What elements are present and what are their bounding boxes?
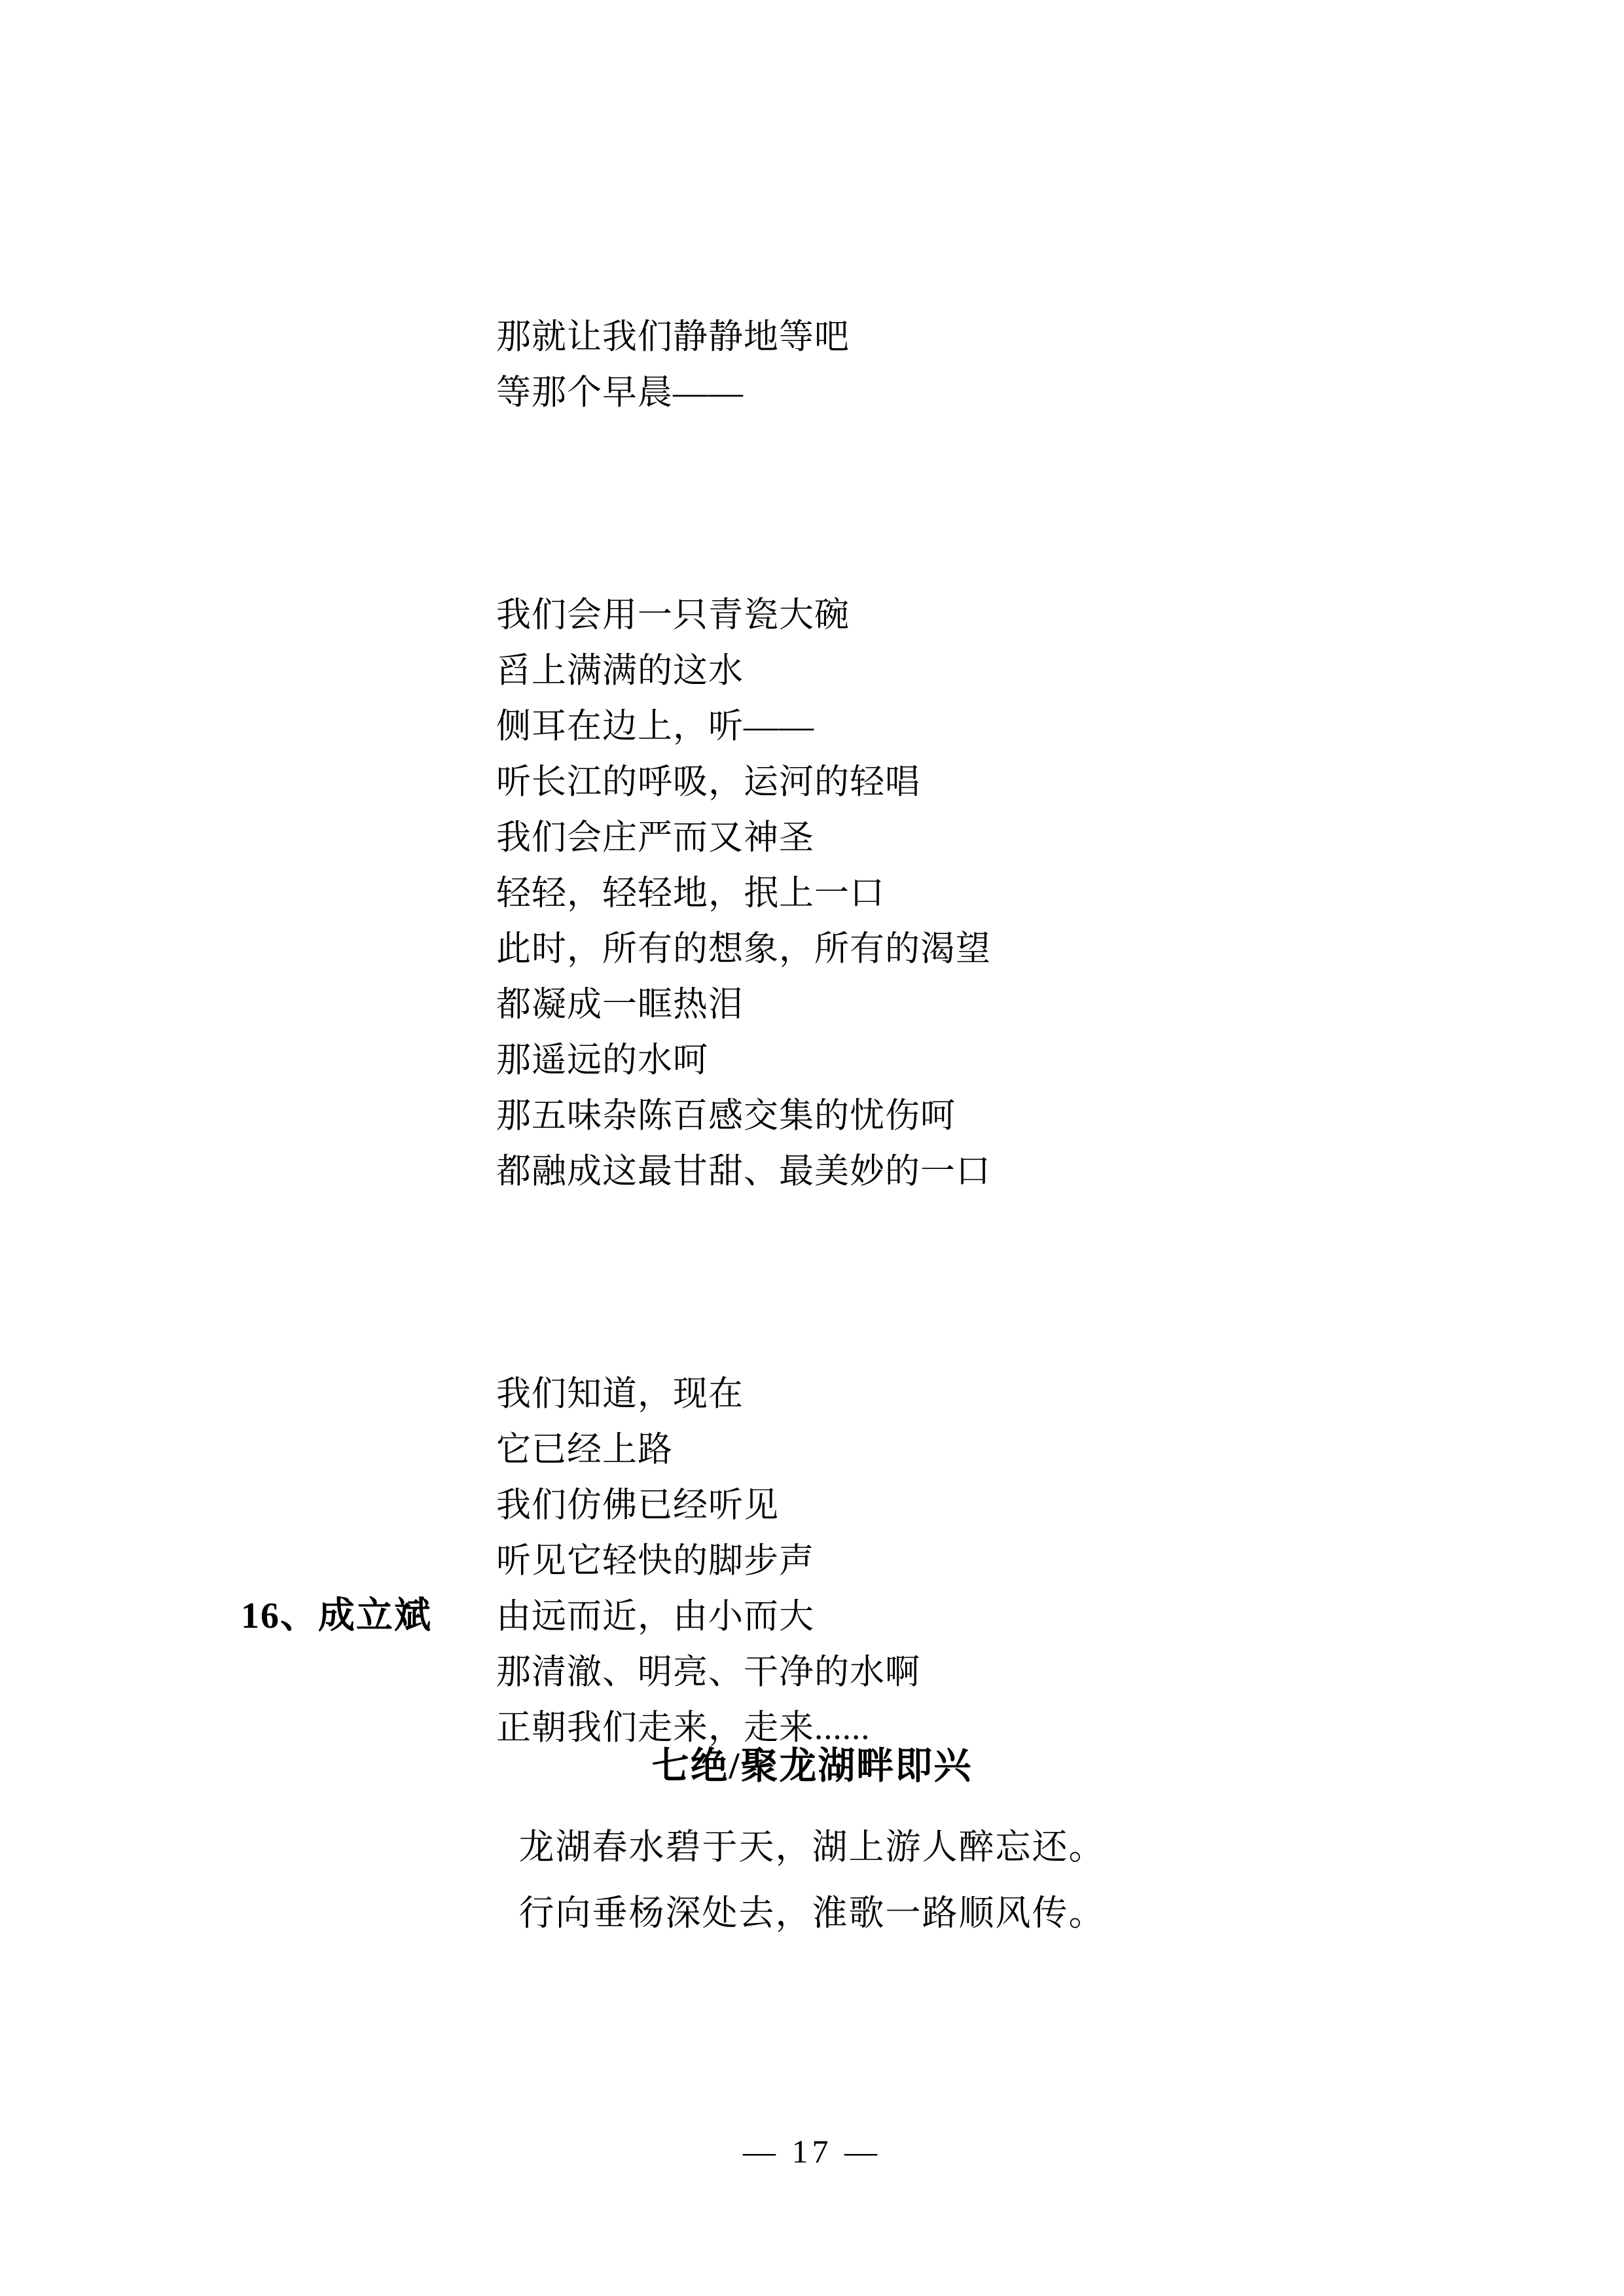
- poem-line: 那遥远的水呵: [496, 1033, 991, 1088]
- poem-line: 等那个早晨——: [496, 365, 991, 421]
- poem-stanza-3: 我们知道，现在它已经上路我们仿佛已经听见听见它轻快的脚步声由远而近，由小而大那清…: [496, 1367, 991, 1756]
- poem-line: 我们知道，现在: [496, 1367, 991, 1422]
- section-heading: 16、成立斌: [241, 1587, 432, 1639]
- poem-line: 侧耳在边上，听——: [496, 699, 991, 755]
- poem-line: 我们仿佛已经听见: [496, 1478, 991, 1534]
- poem-line: 都凝成一眶热泪: [496, 977, 991, 1033]
- poem-line: 那就让我们静静地等吧: [496, 310, 991, 365]
- quatrain-title: 七绝/聚龙湖畔即兴: [0, 1736, 1624, 1789]
- poem-body: 那就让我们静静地等吧等那个早晨—— 我们会用一只青瓷大碗舀上满满的这水侧耳在边上…: [496, 198, 991, 1867]
- poem-line: 它已经上路: [496, 1422, 991, 1478]
- quatrain-body: 龙湖春水碧于天，湖上游人醉忘还。行向垂杨深处去，淮歌一路顺风传。: [0, 1814, 1624, 1946]
- quatrain-line: 龙湖春水碧于天，湖上游人醉忘还。: [0, 1814, 1624, 1880]
- poem-line: 听见它轻快的脚步声: [496, 1534, 991, 1589]
- poem-line: 轻轻，轻轻地，抿上一口: [496, 866, 991, 922]
- poem-line: 舀上满满的这水: [496, 643, 991, 699]
- poem-line: 那清澈、明亮、干净的水啊: [496, 1645, 991, 1700]
- poem-line: 那五味杂陈百感交集的忧伤呵: [496, 1088, 991, 1144]
- quatrain-line: 行向垂杨深处去，淮歌一路顺风传。: [0, 1880, 1624, 1946]
- poem-line: 由远而近，由小而大: [496, 1589, 991, 1645]
- page-number: — 17 —: [0, 2132, 1624, 2170]
- poem-line: 听长江的呼吸，运河的轻唱: [496, 755, 991, 810]
- poem-stanza-2: 我们会用一只青瓷大碗舀上满满的这水侧耳在边上，听——听长江的呼吸，运河的轻唱我们…: [496, 588, 991, 1200]
- document-page: 那就让我们静静地等吧等那个早晨—— 我们会用一只青瓷大碗舀上满满的这水侧耳在边上…: [0, 0, 1624, 2296]
- poem-line: 都融成这最甘甜、最美妙的一口: [496, 1144, 991, 1200]
- poem-line: 我们会庄严而又神圣: [496, 810, 991, 866]
- poem-line: 我们会用一只青瓷大碗: [496, 588, 991, 643]
- poem-line: 此时，所有的想象，所有的渴望: [496, 922, 991, 977]
- poem-stanza-1: 那就让我们静静地等吧等那个早晨——: [496, 310, 991, 421]
